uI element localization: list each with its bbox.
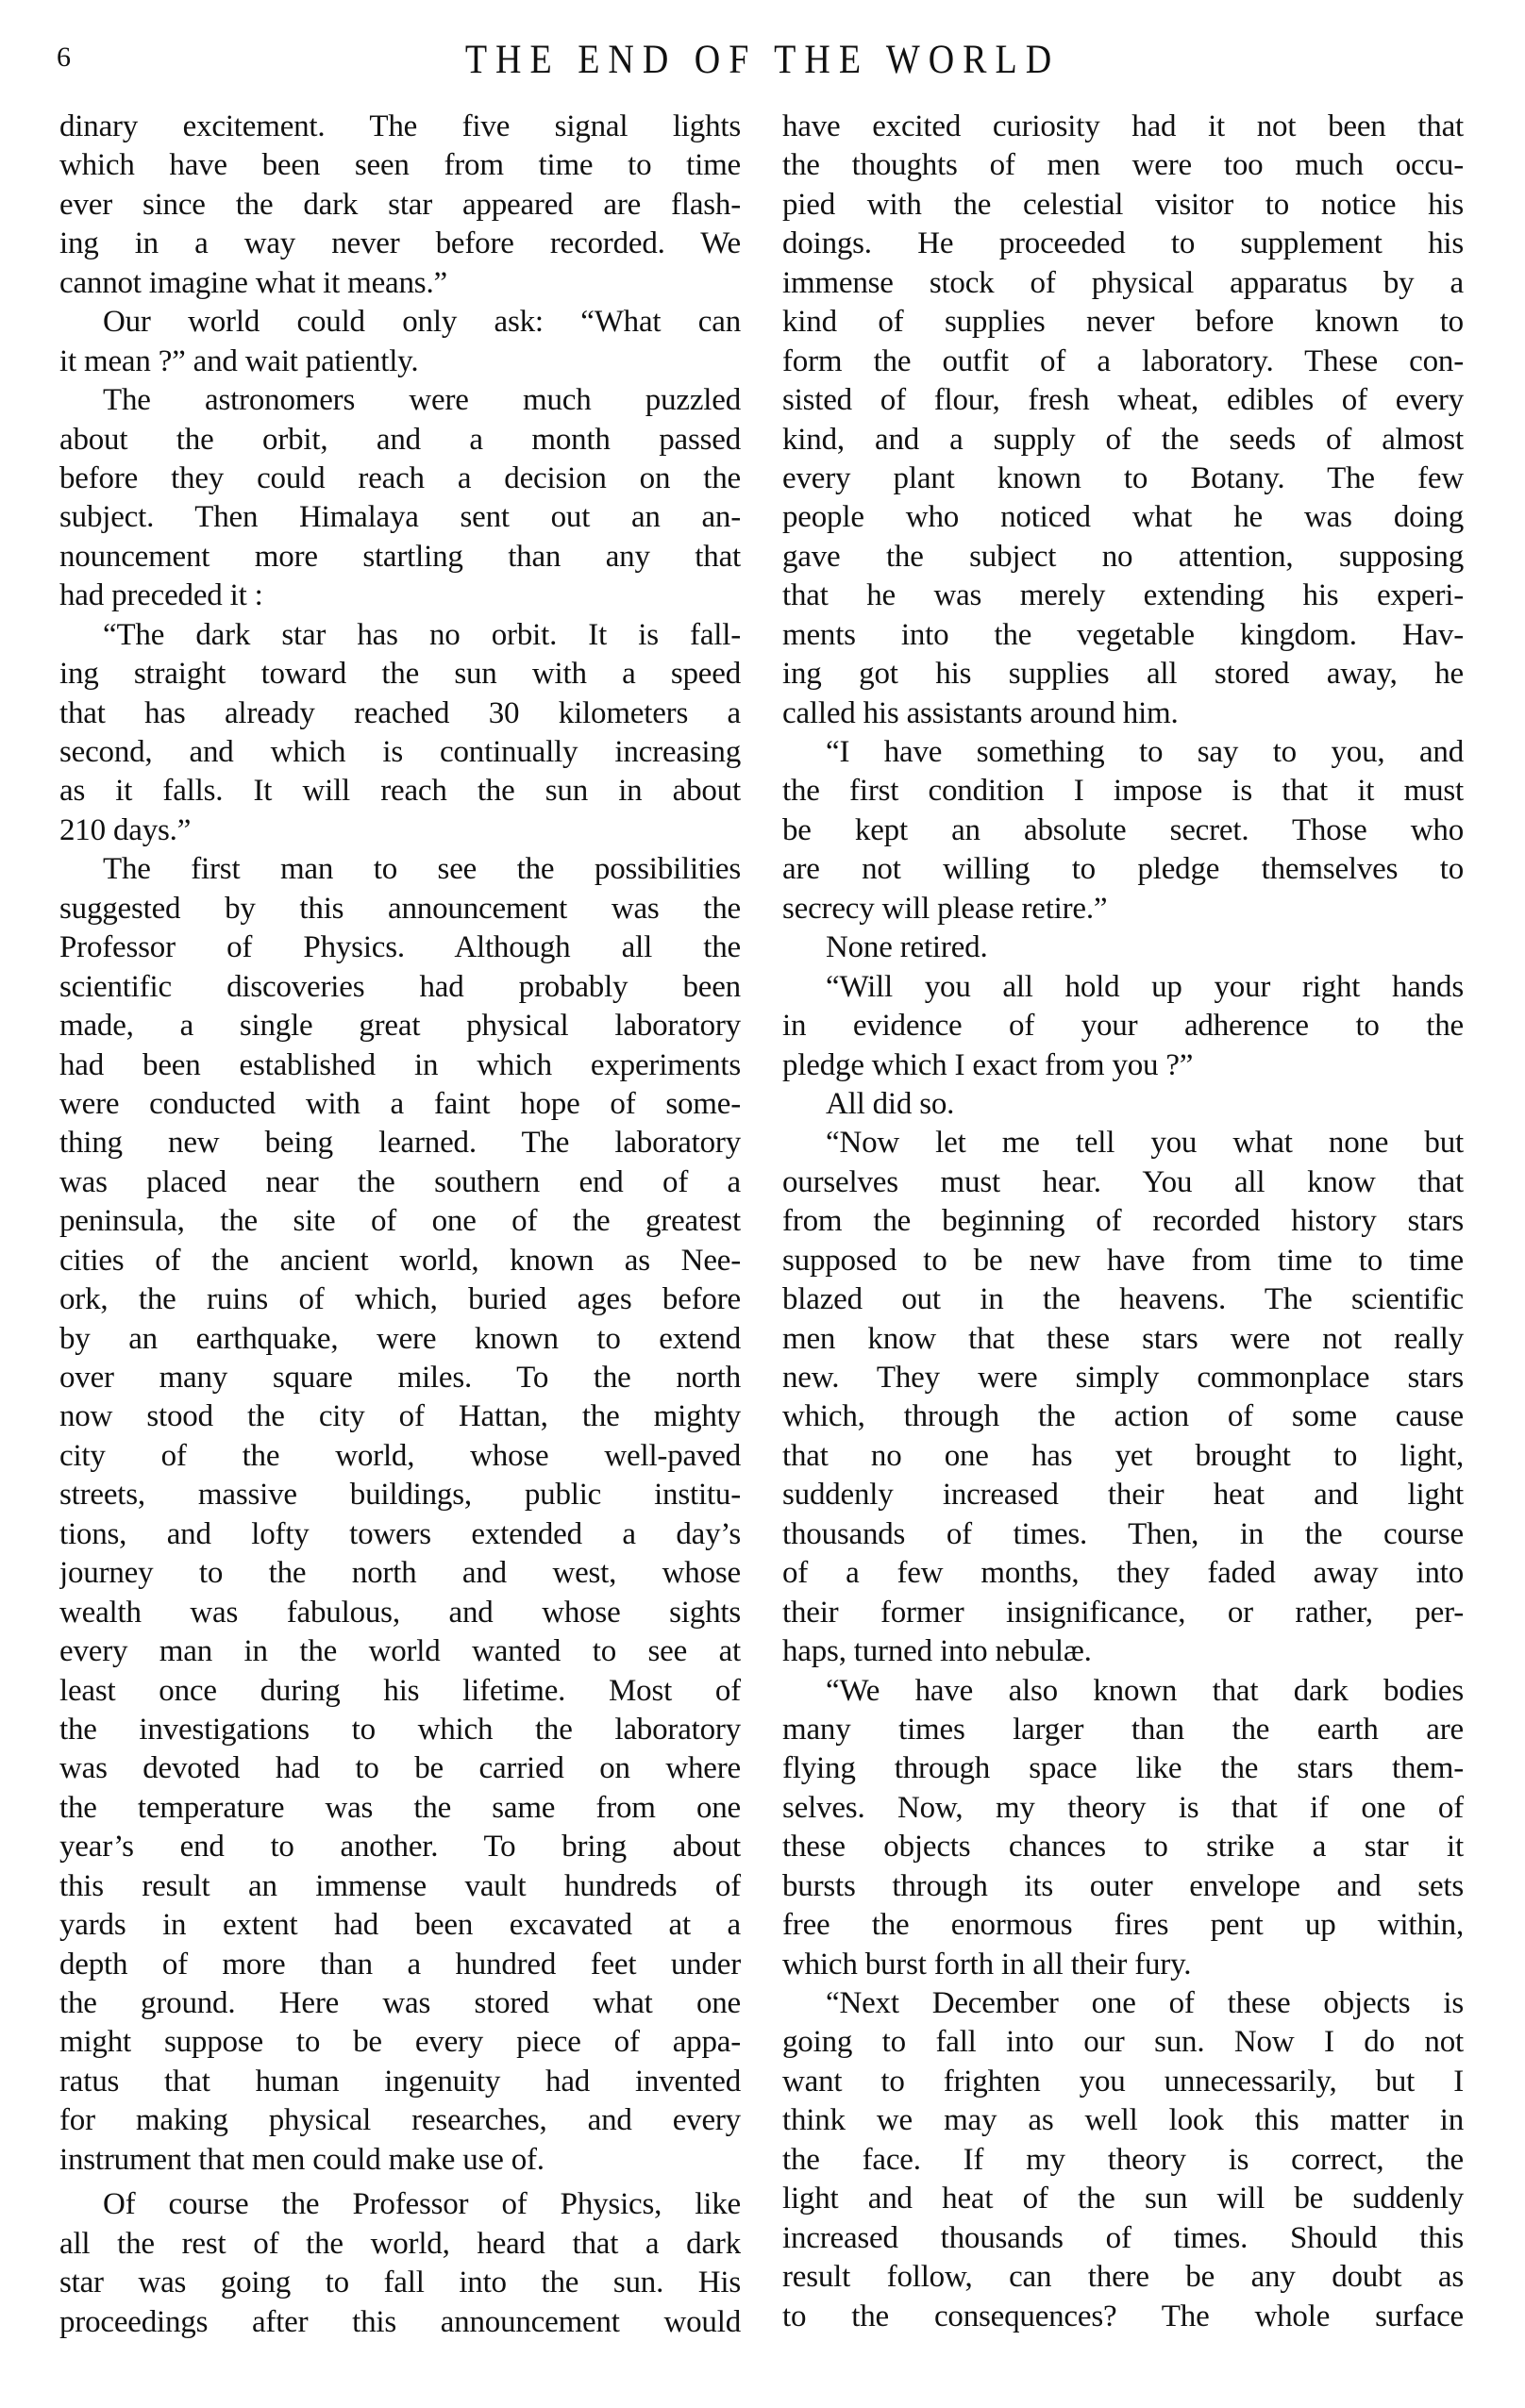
- text-line: had preceded it :: [59, 577, 741, 615]
- text-line: before they could reach a decision on th…: [59, 460, 741, 498]
- text-line: haps, turned into nebulæ.: [782, 1632, 1464, 1671]
- text-line: every plant known to Botany. The few: [782, 460, 1464, 498]
- text-line: the ground. Here was stored what one: [59, 1984, 741, 2023]
- text-line: result follow, can there be any doubt as: [782, 2258, 1464, 2297]
- text-line: which, through the action of some cause: [782, 1397, 1464, 1436]
- text-line: ratus that human ingenuity had invented: [59, 2063, 741, 2101]
- text-line: nouncement more startling than any that: [59, 538, 741, 577]
- book-page: 6 THE END OF THE WORLD dinary excitement…: [0, 0, 1525, 2408]
- text-line: new. They were simply commonplace stars: [782, 1359, 1464, 1397]
- text-line: it mean ?” and wait patiently.: [59, 343, 741, 381]
- text-line: ork, the ruins of which, buried ages bef…: [59, 1280, 741, 1319]
- paragraph-start-line: The first man to see the possibilities: [59, 850, 741, 889]
- text-line: second, and which is continually increas…: [59, 733, 741, 772]
- text-line: that has already reached 30 kilometers a: [59, 694, 741, 733]
- text-line: instrument that men could make use of.: [59, 2141, 741, 2180]
- text-line: suggested by this announcement was the: [59, 890, 741, 928]
- text-line: year’s end to another. To bring about: [59, 1828, 741, 1866]
- paragraph-start-line: “We have also known that dark bodies: [782, 1672, 1464, 1711]
- text-line: cannot imagine what it means.”: [59, 264, 741, 303]
- paragraph-start-line: None retired.: [782, 928, 1464, 967]
- text-line: bursts through its outer envelope and se…: [782, 1867, 1464, 1906]
- text-line: light and heat of the sun will be sudden…: [782, 2180, 1464, 2218]
- paragraph-start-line: The astronomers were much puzzled: [59, 381, 741, 420]
- text-line: journey to the north and west, whose: [59, 1554, 741, 1593]
- text-line: over many square miles. To the north: [59, 1359, 741, 1397]
- text-line: by an earthquake, were known to extend: [59, 1320, 741, 1359]
- text-line: about the orbit, and a month passed: [59, 421, 741, 460]
- text-line: increased thousands of times. Should thi…: [782, 2219, 1464, 2258]
- text-line: dinary excitement. The five signal light…: [59, 108, 741, 146]
- text-line: the investigations to which the laborato…: [59, 1711, 741, 1749]
- text-line: think we may as well look this matter in: [782, 2101, 1464, 2140]
- text-line: was devoted had to be carried on where: [59, 1749, 741, 1788]
- paragraph-start-line: “The dark star has no orbit. It is fall-: [59, 616, 741, 655]
- text-line: pied with the celestial visitor to notic…: [782, 186, 1464, 225]
- text-line: gave the subject no attention, supposing: [782, 538, 1464, 577]
- text-line: suddenly increased their heat and light: [782, 1476, 1464, 1514]
- text-line: now stood the city of Hattan, the mighty: [59, 1397, 741, 1436]
- text-line: called his assistants around him.: [782, 694, 1464, 733]
- text-line: wealth was fabulous, and whose sights: [59, 1594, 741, 1632]
- text-line: from the beginning of recorded history s…: [782, 1202, 1464, 1241]
- text-line: men know that these stars were not reall…: [782, 1320, 1464, 1359]
- paragraph-start-line: Our world could only ask: “What can: [59, 303, 741, 342]
- text-line: cities of the ancient world, known as Ne…: [59, 1242, 741, 1280]
- paragraph-start-line: “Next December one of these objects is: [782, 1984, 1464, 2023]
- text-line: were conducted with a faint hope of some…: [59, 1085, 741, 1124]
- text-line: supposed to be new have from time to tim…: [782, 1242, 1464, 1280]
- text-line: which burst forth in all their fury.: [782, 1946, 1464, 1984]
- text-line: as it falls. It will reach the sun in ab…: [59, 772, 741, 811]
- text-line: ing got his supplies all stored away, he: [782, 655, 1464, 694]
- text-line: are not willing to pledge themselves to: [782, 850, 1464, 889]
- text-line: people who noticed what he was doing: [782, 498, 1464, 537]
- text-line: had been established in which experiment…: [59, 1046, 741, 1085]
- text-line: was placed near the southern end of a: [59, 1163, 741, 1202]
- text-line: Professor of Physics. Although all the: [59, 928, 741, 967]
- text-line: immense stock of physical apparatus by a: [782, 264, 1464, 303]
- text-column-left: dinary excitement. The five signal light…: [59, 108, 741, 2342]
- text-line: the face. If my theory is correct, the: [782, 2141, 1464, 2180]
- text-line: selves. Now, my theory is that if one of: [782, 1789, 1464, 1828]
- text-line: scientific discoveries had probably been: [59, 968, 741, 1007]
- text-line: kind of supplies never before known to: [782, 303, 1464, 342]
- text-line: be kept an absolute secret. Those who: [782, 811, 1464, 850]
- text-line: yards in extent had been excavated at a: [59, 1906, 741, 1945]
- text-column-right: have excited curiosity had it not been t…: [782, 108, 1464, 2336]
- text-line: blazed out in the heavens. The scientifi…: [782, 1280, 1464, 1319]
- text-line: ments into the vegetable kingdom. Hav-: [782, 616, 1464, 655]
- text-line: the first condition I impose is that it …: [782, 772, 1464, 811]
- text-line: many times larger than the earth are: [782, 1711, 1464, 1749]
- text-line: city of the world, whose well-paved: [59, 1437, 741, 1476]
- text-line: these objects chances to strike a star i…: [782, 1828, 1464, 1866]
- running-title: THE END OF THE WORLD: [0, 36, 1525, 84]
- text-line: 210 days.”: [59, 811, 741, 850]
- text-line: want to frighten you unnecessarily, but …: [782, 2063, 1464, 2101]
- text-line: pledge which I exact from you ?”: [782, 1046, 1464, 1085]
- text-line: least once during his lifetime. Most of: [59, 1672, 741, 1711]
- text-line: for making physical researches, and ever…: [59, 2101, 741, 2140]
- text-line: all the rest of the world, heard that a …: [59, 2225, 741, 2264]
- text-line: ourselves must hear. You all know that: [782, 1163, 1464, 1202]
- paragraph-start-line: Of course the Professor of Physics, like: [59, 2185, 741, 2224]
- text-line: peninsula, the site of one of the greate…: [59, 1202, 741, 1241]
- text-line: ing in a way never before recorded. We: [59, 225, 741, 263]
- text-line: free the enormous fires pent up within,: [782, 1906, 1464, 1945]
- text-line: ever since the dark star appeared are fl…: [59, 186, 741, 225]
- text-line: of a few months, they faded away into: [782, 1554, 1464, 1593]
- text-line: subject. Then Himalaya sent out an an-: [59, 498, 741, 537]
- text-line: might suppose to be every piece of appa-: [59, 2023, 741, 2062]
- text-line: thousands of times. Then, in the course: [782, 1515, 1464, 1554]
- text-line: going to fall into our sun. Now I do not: [782, 2023, 1464, 2062]
- text-line: made, a single great physical laboratory: [59, 1007, 741, 1045]
- text-line: kind, and a supply of the seeds of almos…: [782, 421, 1464, 460]
- text-line: flying through space like the stars them…: [782, 1749, 1464, 1788]
- text-line: sisted of flour, fresh wheat, edibles of…: [782, 381, 1464, 420]
- paragraph-start-line: “Will you all hold up your right hands: [782, 968, 1464, 1007]
- text-line: have excited curiosity had it not been t…: [782, 108, 1464, 146]
- text-line: every man in the world wanted to see at: [59, 1632, 741, 1671]
- text-line: the temperature was the same from one: [59, 1789, 741, 1828]
- text-line: thing new being learned. The laboratory: [59, 1124, 741, 1162]
- paragraph-start-line: “Now let me tell you what none but: [782, 1124, 1464, 1162]
- text-line: streets, massive buildings, public insti…: [59, 1476, 741, 1514]
- text-line: to the consequences? The whole surface: [782, 2298, 1464, 2336]
- running-header: 6 THE END OF THE WORLD: [0, 36, 1525, 83]
- text-line: that no one has yet brought to light,: [782, 1437, 1464, 1476]
- text-line: proceedings after this announcement woul…: [59, 2303, 741, 2342]
- text-line: form the outfit of a laboratory. These c…: [782, 343, 1464, 381]
- text-line: in evidence of your adherence to the: [782, 1007, 1464, 1045]
- text-line: secrecy will please retire.”: [782, 890, 1464, 928]
- text-line: tions, and lofty towers extended a day’s: [59, 1515, 741, 1554]
- text-line: doings. He proceeded to supplement his: [782, 225, 1464, 263]
- text-line: depth of more than a hundred feet under: [59, 1946, 741, 1984]
- text-line: ing straight toward the sun with a speed: [59, 655, 741, 694]
- text-line: the thoughts of men were too much occu-: [782, 146, 1464, 185]
- text-line: star was going to fall into the sun. His: [59, 2264, 741, 2302]
- text-line: their former insignificance, or rather, …: [782, 1594, 1464, 1632]
- paragraph-start-line: All did so.: [782, 1085, 1464, 1124]
- text-line: that he was merely extending his experi-: [782, 577, 1464, 615]
- text-line: which have been seen from time to time: [59, 146, 741, 185]
- text-line: this result an immense vault hundreds of: [59, 1867, 741, 1906]
- paragraph-start-line: “I have something to say to you, and: [782, 733, 1464, 772]
